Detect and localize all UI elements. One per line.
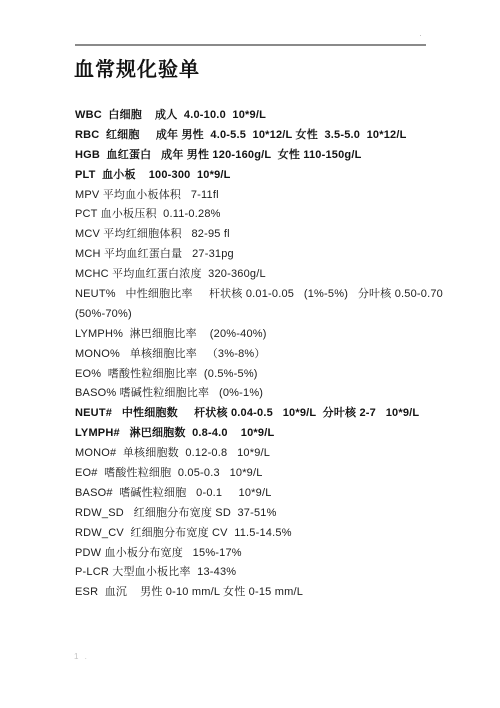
report-row: MPV 平均血小板体积 7-11fl	[75, 186, 500, 206]
header-rule-divider	[75, 44, 426, 46]
report-row: PLT 血小板 100-300 10*9/L	[75, 166, 500, 186]
corner-mark: ·	[419, 30, 422, 40]
page-footer-mark: 1 .	[74, 652, 89, 661]
report-row: EO# 嗜酸性粒细胞 0.05-0.3 10*9/L	[75, 464, 500, 484]
report-row: PDW 血小板分布宽度 15%-17%	[75, 544, 500, 564]
document-title: 血常规化验单	[74, 53, 200, 82]
report-row: HGB 血红蛋白 成年 男性 120-160g/L 女性 110-150g/L	[75, 146, 500, 166]
report-row: MCHC 平均血红蛋白浓度 320-360g/L	[75, 265, 500, 285]
report-row: WBC 白细胞 成人 4.0-10.0 10*9/L	[75, 106, 500, 126]
report-row: (50%-70%)	[75, 305, 500, 325]
report-row: P-LCR 大型血小板比率 13-43%	[75, 563, 500, 583]
report-row: LYMPH% 淋巴细胞比率 (20%-40%)	[75, 325, 500, 345]
report-row: RBC 红细胞 成年 男性 4.0-5.5 10*12/L 女性 3.5-5.0…	[75, 126, 500, 146]
report-row: NEUT# 中性细胞数 杆状核 0.04-0.5 10*9/L 分叶核 2-7 …	[75, 404, 500, 424]
report-row: BASO% 嗜碱性粒细胞比率 (0%-1%)	[75, 384, 500, 404]
report-row: BASO# 嗜碱性粒细胞 0-0.1 10*9/L	[75, 484, 500, 504]
report-row: PCT 血小板压积 0.11-0.28%	[75, 205, 500, 225]
report-row: NEUT% 中性细胞比率 杆状核 0.01-0.05 (1%-5%) 分叶核 0…	[75, 285, 500, 305]
report-row: EO% 嗜酸性粒细胞比率 (0.5%-5%)	[75, 365, 500, 385]
report-rows: WBC 白细胞 成人 4.0-10.0 10*9/LRBC 红细胞 成年 男性 …	[75, 106, 500, 603]
report-row: MCV 平均红细胞体积 82-95 fl	[75, 225, 500, 245]
report-row: LYMPH# 淋巴细胞数 0.8-4.0 10*9/L	[75, 424, 500, 444]
report-row: MONO# 单核细胞数 0.12-0.8 10*9/L	[75, 444, 500, 464]
report-row: RDW_CV 红细胞分布宽度 CV 11.5-14.5%	[75, 524, 500, 544]
report-row: MONO% 单核细胞比率 （3%-8%）	[75, 345, 500, 365]
report-row: MCH 平均血红蛋白量 27-31pg	[75, 245, 500, 265]
report-row: ESR 血沉 男性 0-10 mm/L 女性 0-15 mm/L	[75, 583, 500, 603]
report-row: RDW_SD 红细胞分布宽度 SD 37-51%	[75, 504, 500, 524]
document-page: · 血常规化验单 WBC 白细胞 成人 4.0-10.0 10*9/LRBC 红…	[0, 0, 500, 708]
